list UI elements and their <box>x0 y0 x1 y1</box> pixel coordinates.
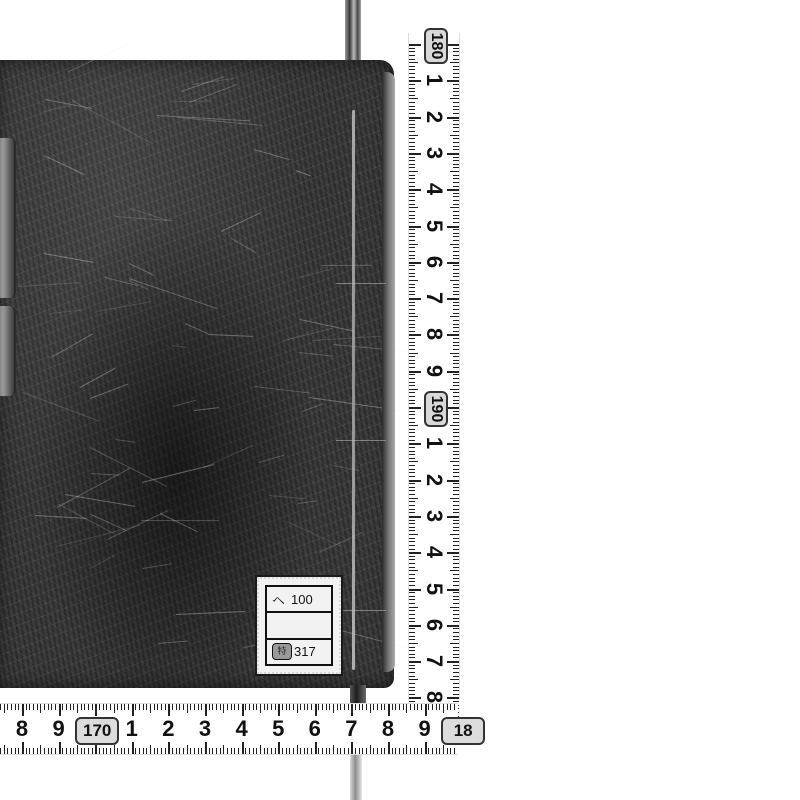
ruler-tick <box>48 748 49 754</box>
ruler-tick <box>117 748 118 754</box>
ruler-tick <box>453 414 459 415</box>
ruler-tick <box>4 704 5 713</box>
ruler-tick <box>450 679 459 680</box>
ruler-tick <box>421 748 422 754</box>
ruler-tick <box>453 490 459 491</box>
ruler-tick <box>409 91 415 92</box>
ruler-tick <box>212 704 213 710</box>
ruler-tick <box>406 745 407 754</box>
ruler-tick <box>326 704 327 710</box>
ruler-tick <box>172 704 173 710</box>
ruler-tick <box>453 229 459 230</box>
ruler-tick <box>453 418 459 419</box>
ruler-tick <box>179 704 180 710</box>
ruler-tick <box>453 305 459 306</box>
ruler-tick <box>190 704 191 710</box>
ruler-tick <box>409 113 415 114</box>
ruler-tick <box>201 748 202 754</box>
ruler-tick <box>409 215 415 216</box>
ruler-tick <box>410 704 411 710</box>
ruler-label: 6 <box>419 610 449 640</box>
ruler-tick <box>33 704 34 710</box>
ruler-tick <box>443 704 444 713</box>
ruler-tick <box>453 313 459 314</box>
ruler-tick <box>260 745 261 754</box>
ruler-tick <box>409 77 415 78</box>
ruler-tick <box>209 704 210 710</box>
ruler-label: 5 <box>419 211 449 241</box>
ruler-tick <box>150 745 151 754</box>
ruler-tick <box>373 704 374 710</box>
cover-crack <box>172 345 187 348</box>
ruler-tick <box>409 164 415 165</box>
ruler-tick <box>381 748 382 754</box>
ruler-tick <box>29 748 30 754</box>
ruler-tick <box>256 748 257 754</box>
ruler-tick <box>95 704 97 716</box>
ruler-tick <box>453 520 459 521</box>
ruler-tick <box>326 748 327 754</box>
ruler-tick <box>297 704 298 713</box>
ruler-label: 3 <box>419 501 449 531</box>
ruler-tick <box>384 704 385 710</box>
ruler-tick <box>450 171 459 172</box>
ruler-tick <box>453 683 459 684</box>
ruler-tick <box>253 704 254 710</box>
ruler-tick <box>409 672 415 673</box>
ruler-tick <box>212 748 213 754</box>
ruler-tick <box>187 745 188 754</box>
ruler-tick <box>453 69 459 70</box>
ruler-tick <box>453 167 459 168</box>
ruler-tick <box>7 704 8 710</box>
ruler-tick <box>322 748 323 754</box>
ruler-tick <box>106 704 107 710</box>
ruler-tick <box>450 748 451 754</box>
ruler-tick <box>194 748 195 754</box>
label-number-317: 317 <box>294 644 316 659</box>
ruler-tick <box>409 501 415 502</box>
ruler-tick <box>453 175 459 176</box>
cover-crack <box>298 500 317 504</box>
ruler-tick <box>409 447 415 448</box>
ruler-tick <box>409 654 415 655</box>
ruler-tick <box>135 748 136 754</box>
ruler-tick <box>453 374 459 375</box>
ruler-tick <box>409 636 415 637</box>
ruler-tick <box>409 211 415 212</box>
ruler-label: 180 <box>424 28 448 64</box>
ruler-tick <box>409 142 415 143</box>
ruler-tick <box>66 748 67 754</box>
ruler-tick <box>409 331 415 332</box>
ruler-tick <box>450 135 459 136</box>
ruler-tick <box>26 748 27 754</box>
ruler-tick <box>409 440 415 441</box>
ruler-label: 170 <box>75 717 119 745</box>
ruler-tick <box>409 382 415 383</box>
ruler-tick <box>4 745 5 754</box>
ruler-tick <box>409 687 415 688</box>
ruler-tick <box>453 255 459 256</box>
ruler-tick <box>81 748 82 754</box>
ruler-tick <box>453 309 459 310</box>
ruler-tick <box>453 342 459 343</box>
ruler-tick <box>453 142 459 143</box>
ruler-tick <box>454 704 455 710</box>
ruler-tick <box>453 396 459 397</box>
ruler-tick <box>453 236 459 237</box>
ruler-tick <box>146 748 147 754</box>
ruler-tick <box>409 429 415 430</box>
ruler-label: 9 <box>410 714 440 744</box>
ruler-tick <box>409 650 415 651</box>
ruler-tick <box>409 458 415 459</box>
ruler-tick <box>55 748 56 754</box>
ruler-tick <box>453 494 459 495</box>
ruler-tick <box>114 745 115 754</box>
ruler-tick <box>447 704 448 710</box>
cover-crack <box>333 344 418 353</box>
ruler-tick <box>267 704 268 710</box>
ruler-tick <box>453 610 459 611</box>
binding-stitch <box>336 610 386 611</box>
ruler-tick <box>453 574 459 575</box>
ruler-tick <box>409 276 415 277</box>
ruler-tick <box>409 628 415 629</box>
ruler-tick <box>409 233 415 234</box>
ruler-tick <box>409 316 418 317</box>
ruler-label: 7 <box>419 646 449 676</box>
cover-crack <box>333 465 360 471</box>
ruler-tick <box>227 748 228 754</box>
ruler-tick <box>409 556 415 557</box>
ruler-tick <box>223 745 224 754</box>
ruler-tick <box>453 599 459 600</box>
ruler-tick <box>409 342 415 343</box>
ruler-tick <box>377 748 378 754</box>
ruler-tick <box>453 367 459 368</box>
binding-tab-lower <box>0 306 16 396</box>
ruler-tick <box>417 748 418 754</box>
ruler-tick <box>409 178 415 179</box>
ruler-tick <box>409 294 415 295</box>
ruler-tick <box>409 465 415 466</box>
ruler-tick <box>421 704 422 710</box>
ruler-tick <box>409 647 415 648</box>
ruler-tick <box>453 476 459 477</box>
ruler-tick <box>453 530 459 531</box>
ruler-tick <box>453 628 459 629</box>
ruler-tick <box>453 621 459 622</box>
ruler-tick <box>409 574 415 575</box>
ruler-tick <box>176 748 177 754</box>
ruler-label: 18 <box>441 717 485 745</box>
ruler-tick <box>409 472 415 473</box>
ruler-tick <box>409 665 415 666</box>
ruler-tick <box>234 704 235 710</box>
ruler-tick <box>453 563 459 564</box>
ruler-tick <box>403 704 404 710</box>
ruler-tick <box>409 581 415 582</box>
ruler-tick <box>453 585 459 586</box>
ruler-tick <box>409 109 415 110</box>
ruler-tick <box>409 88 415 89</box>
ruler-tick <box>275 748 276 754</box>
ruler-tick <box>362 748 363 754</box>
binding-tab-upper <box>0 138 16 298</box>
ruler-tick <box>432 748 433 754</box>
ruler-tick <box>453 654 459 655</box>
ruler-tick <box>37 748 38 754</box>
ruler-tick <box>453 632 459 633</box>
ruler-tick <box>409 414 415 415</box>
ruler-tick <box>29 704 30 710</box>
ruler-tick <box>450 461 459 462</box>
ruler-tick <box>453 545 459 546</box>
ruler-tick <box>409 287 415 288</box>
ruler-tick <box>409 106 415 107</box>
ruler-tick <box>409 476 415 477</box>
ruler-tick <box>409 196 415 197</box>
ruler-tick <box>453 639 459 640</box>
ruler-tick <box>409 523 415 524</box>
ruler-label: 2 <box>153 714 183 744</box>
ruler-tick <box>366 748 367 754</box>
ruler-tick <box>450 643 459 644</box>
ruler-tick <box>453 247 459 248</box>
ruler-tick <box>282 704 283 710</box>
ruler-tick <box>453 196 459 197</box>
ruler-tick <box>333 704 334 713</box>
ruler-tick <box>355 748 356 754</box>
ruler-tick <box>453 469 459 470</box>
catalogue-label: ヘ 100 特 317 <box>257 577 341 674</box>
ruler-tick <box>165 704 166 710</box>
ruler-label: 4 <box>419 174 449 204</box>
ruler-tick <box>453 505 459 506</box>
ruler-tick <box>183 748 184 754</box>
cover-crack <box>44 253 93 263</box>
ruler-tick <box>409 269 415 270</box>
ruler-tick <box>450 353 459 354</box>
ruler-tick <box>409 679 418 680</box>
ruler-tick <box>450 62 459 63</box>
ruler-tick <box>453 411 459 412</box>
ruler-tick <box>409 48 415 49</box>
ruler-tick <box>453 284 459 285</box>
ruler-tick <box>453 509 459 510</box>
ruler-tick <box>453 672 459 673</box>
ruler-label: 1 <box>419 65 449 95</box>
ruler-tick <box>453 73 459 74</box>
ruler-tick <box>409 538 415 539</box>
ruler-tick <box>81 704 82 710</box>
ruler-tick <box>453 440 459 441</box>
ruler-label: 4 <box>227 714 257 744</box>
ruler-tick <box>453 422 459 423</box>
ruler-tick <box>409 454 415 455</box>
cover-crack <box>254 149 289 160</box>
ruler-tick <box>329 748 330 754</box>
ruler-tick <box>15 704 16 710</box>
ruler-tick <box>453 113 459 114</box>
ruler-label: 8 <box>419 319 449 349</box>
ruler-tick <box>231 704 232 710</box>
ruler-tick <box>271 704 272 710</box>
ruler-tick <box>409 95 415 96</box>
ruler-tick <box>447 407 459 409</box>
ruler-tick <box>409 425 418 426</box>
ruler-tick <box>453 215 459 216</box>
ruler-tick <box>453 690 459 691</box>
ruler-tick <box>453 382 459 383</box>
cover-crack <box>231 239 256 254</box>
ruler-tick <box>453 665 459 666</box>
ruler-label: 6 <box>419 247 449 277</box>
cover-crack <box>23 392 100 422</box>
ruler-tick <box>453 258 459 259</box>
ruler-tick <box>139 748 140 754</box>
ruler-tick <box>453 193 459 194</box>
seal-stamp-icon: 特 <box>272 643 292 660</box>
ruler-tick <box>453 701 459 702</box>
ruler-tick <box>275 704 276 710</box>
ruler-tick <box>409 127 415 128</box>
cover-crack <box>51 333 93 358</box>
ruler-tick <box>409 338 415 339</box>
ruler-tick <box>453 338 459 339</box>
ruler-tick <box>450 607 459 608</box>
ruler-tick <box>410 748 411 754</box>
ruler-tick <box>370 745 371 754</box>
ruler-tick <box>409 570 418 571</box>
ruler-tick <box>409 138 415 139</box>
ruler-tick <box>409 305 415 306</box>
ruler-tick <box>453 106 459 107</box>
cover-crack <box>269 495 306 499</box>
ruler-tick <box>110 704 111 710</box>
ruler-tick <box>366 704 367 710</box>
ruler-tick <box>40 745 41 754</box>
ruler-tick <box>409 389 418 390</box>
ruler-tick <box>409 240 415 241</box>
ruler-tick <box>450 534 459 535</box>
ruler-tick <box>453 687 459 688</box>
ruler-tick <box>409 411 415 412</box>
cover-crack <box>203 444 253 467</box>
ruler-tick <box>409 396 415 397</box>
ruler-tick <box>329 704 330 710</box>
ruler-tick <box>409 614 415 615</box>
ruler-tick <box>453 578 459 579</box>
cover-crack <box>194 407 219 411</box>
label-row-classification: ヘ 100 <box>267 587 331 613</box>
ruler-tick <box>453 592 459 593</box>
ruler-tick <box>216 704 217 710</box>
ruler-tick <box>409 403 415 404</box>
ruler-tick <box>409 55 415 56</box>
ruler-tick <box>453 157 459 158</box>
ruler-tick <box>409 193 415 194</box>
ruler-tick <box>409 578 415 579</box>
ruler-tick <box>370 704 371 713</box>
ruler-tick <box>409 236 415 237</box>
ruler-tick <box>453 200 459 201</box>
ruler-tick <box>453 160 459 161</box>
ruler-tick <box>453 77 459 78</box>
ruler-tick <box>450 389 459 390</box>
ruler-tick <box>84 704 85 710</box>
ruler-tick <box>282 748 283 754</box>
ruler-tick <box>453 131 459 132</box>
ruler-tick <box>450 207 459 208</box>
ruler-tick <box>264 748 265 754</box>
ruler-tick <box>253 748 254 754</box>
ruler-tick <box>453 650 459 651</box>
ruler-tick <box>143 704 144 710</box>
ruler-tick <box>453 109 459 110</box>
ruler-tick <box>414 748 415 754</box>
ruler-tick <box>409 66 415 67</box>
ruler-tick <box>453 327 459 328</box>
cover-crack <box>45 99 92 109</box>
ruler-tick <box>409 120 415 121</box>
ruler-tick <box>409 621 415 622</box>
ruler-tick <box>453 120 459 121</box>
ruler-tick <box>453 324 459 325</box>
ruler-tick <box>450 244 459 245</box>
ruler-tick <box>103 748 104 754</box>
ruler-label: 2 <box>419 102 449 132</box>
ruler-tick <box>409 418 415 419</box>
ruler-tick <box>409 607 418 608</box>
ruler-tick <box>409 160 415 161</box>
ruler-tick <box>307 704 308 710</box>
ruler-tick <box>409 487 415 488</box>
ruler-tick <box>300 748 301 754</box>
ruler-tick <box>453 657 459 658</box>
ruler-tick <box>453 287 459 288</box>
ruler-tick <box>395 748 396 754</box>
ruler-tick <box>395 704 396 710</box>
ruler-tick <box>409 483 415 484</box>
ruler-tick <box>409 247 415 248</box>
ruler-tick <box>135 704 136 710</box>
ruler-tick <box>409 73 415 74</box>
ruler-tick <box>409 610 415 611</box>
ruler-tick <box>409 284 415 285</box>
ruler-tick <box>436 704 437 710</box>
cover-crack <box>59 504 114 534</box>
ruler-tick <box>453 581 459 582</box>
ruler-label: 7 <box>419 283 449 313</box>
ruler-tick <box>453 363 459 364</box>
ruler-tick <box>450 98 459 99</box>
ruler-tick <box>92 704 93 710</box>
cover-crack <box>322 265 372 266</box>
ruler-tick <box>409 353 418 354</box>
ruler-tick <box>11 704 12 710</box>
ruler-tick <box>392 704 393 710</box>
ruler-label: 8 <box>373 714 403 744</box>
ruler-tick <box>304 748 305 754</box>
ruler-label: 4 <box>419 537 449 567</box>
ruler-tick <box>409 200 415 201</box>
cover-crack <box>18 282 80 287</box>
ruler-tick <box>264 704 265 710</box>
ruler-tick <box>453 95 459 96</box>
